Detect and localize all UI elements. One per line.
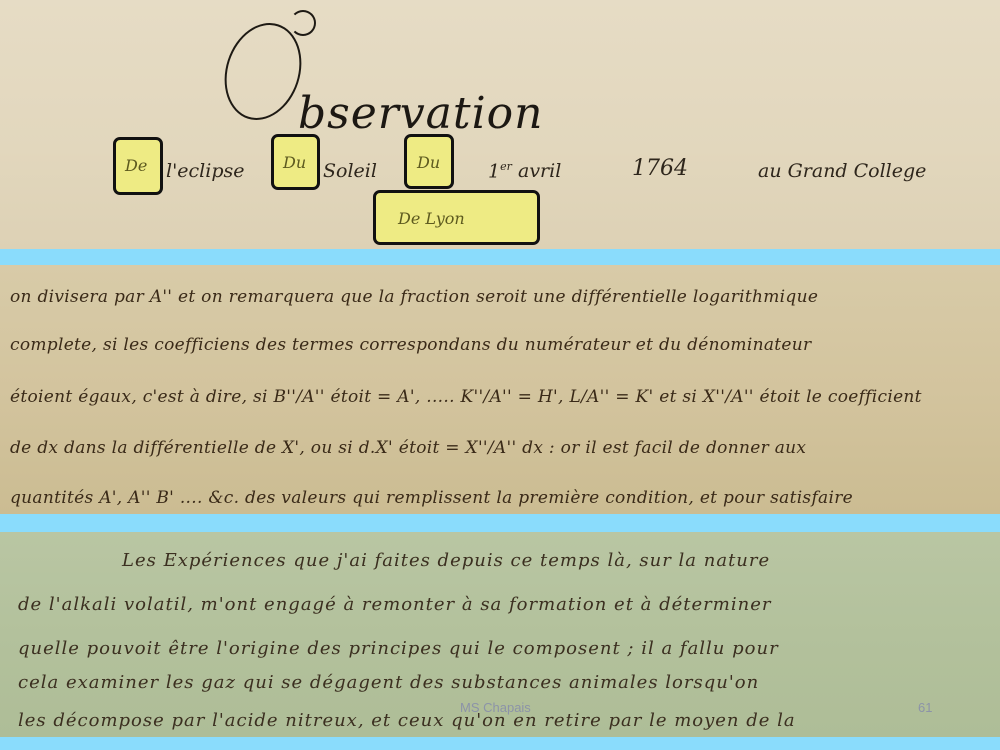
title-initial-flourish: [290, 10, 316, 36]
highlighted-word: De Lyon: [398, 209, 465, 228]
manuscript-line: complete, si les coefficiens des termes …: [10, 335, 811, 355]
highlight-box-de: De: [113, 137, 163, 195]
highlighted-word: Du: [417, 153, 440, 172]
manuscript-line: de dx dans la différentielle de X', ou s…: [10, 438, 806, 458]
title-text: bservation: [298, 88, 544, 139]
manuscript-line: les décompose par l'acide nitreux, et ce…: [18, 710, 796, 731]
subtitle-word: l'eclipse: [166, 160, 245, 182]
subtitle-word: avril: [518, 160, 561, 182]
subtitle-word: Soleil: [323, 160, 377, 182]
highlight-box-du-2: Du: [404, 134, 454, 189]
highlighted-word: De: [125, 156, 147, 175]
subtitle-year: 1764: [632, 156, 688, 181]
highlight-box-de-lyon: De Lyon: [373, 190, 540, 245]
manuscript-excerpt-mathematics: on divisera par A'' et on remarquera que…: [0, 265, 1000, 514]
manuscript-excerpt-observation: bservation De l'eclipse Du Soleil Du 1er…: [0, 0, 1000, 249]
manuscript-line: quantités A', A'' B' .... &c. des valeur…: [10, 488, 853, 508]
subtitle-word: 1er: [488, 160, 512, 182]
slide-page-number: 61: [918, 700, 932, 715]
slide-footer-text: MS Chapais: [460, 700, 531, 715]
separator-band: [0, 514, 1000, 532]
manuscript-line: Les Expériences que j'ai faites depuis c…: [122, 550, 770, 571]
manuscript-line: cela examiner les gaz qui se dégagent de…: [18, 672, 759, 693]
manuscript-line: étoient égaux, c'est à dire, si B''/A'' …: [10, 387, 922, 407]
subtitle-word: au Grand College: [758, 160, 926, 182]
manuscript-line: on divisera par A'' et on remarquera que…: [10, 287, 818, 307]
manuscript-line: quelle pouvoit être l'origine des princi…: [18, 638, 779, 659]
manuscript-line: de l'alkali volatil, m'ont engagé à remo…: [18, 594, 771, 615]
separator-band: [0, 249, 1000, 265]
highlight-box-du-1: Du: [271, 134, 320, 190]
highlighted-word: Du: [283, 153, 306, 172]
separator-band: [0, 737, 1000, 750]
